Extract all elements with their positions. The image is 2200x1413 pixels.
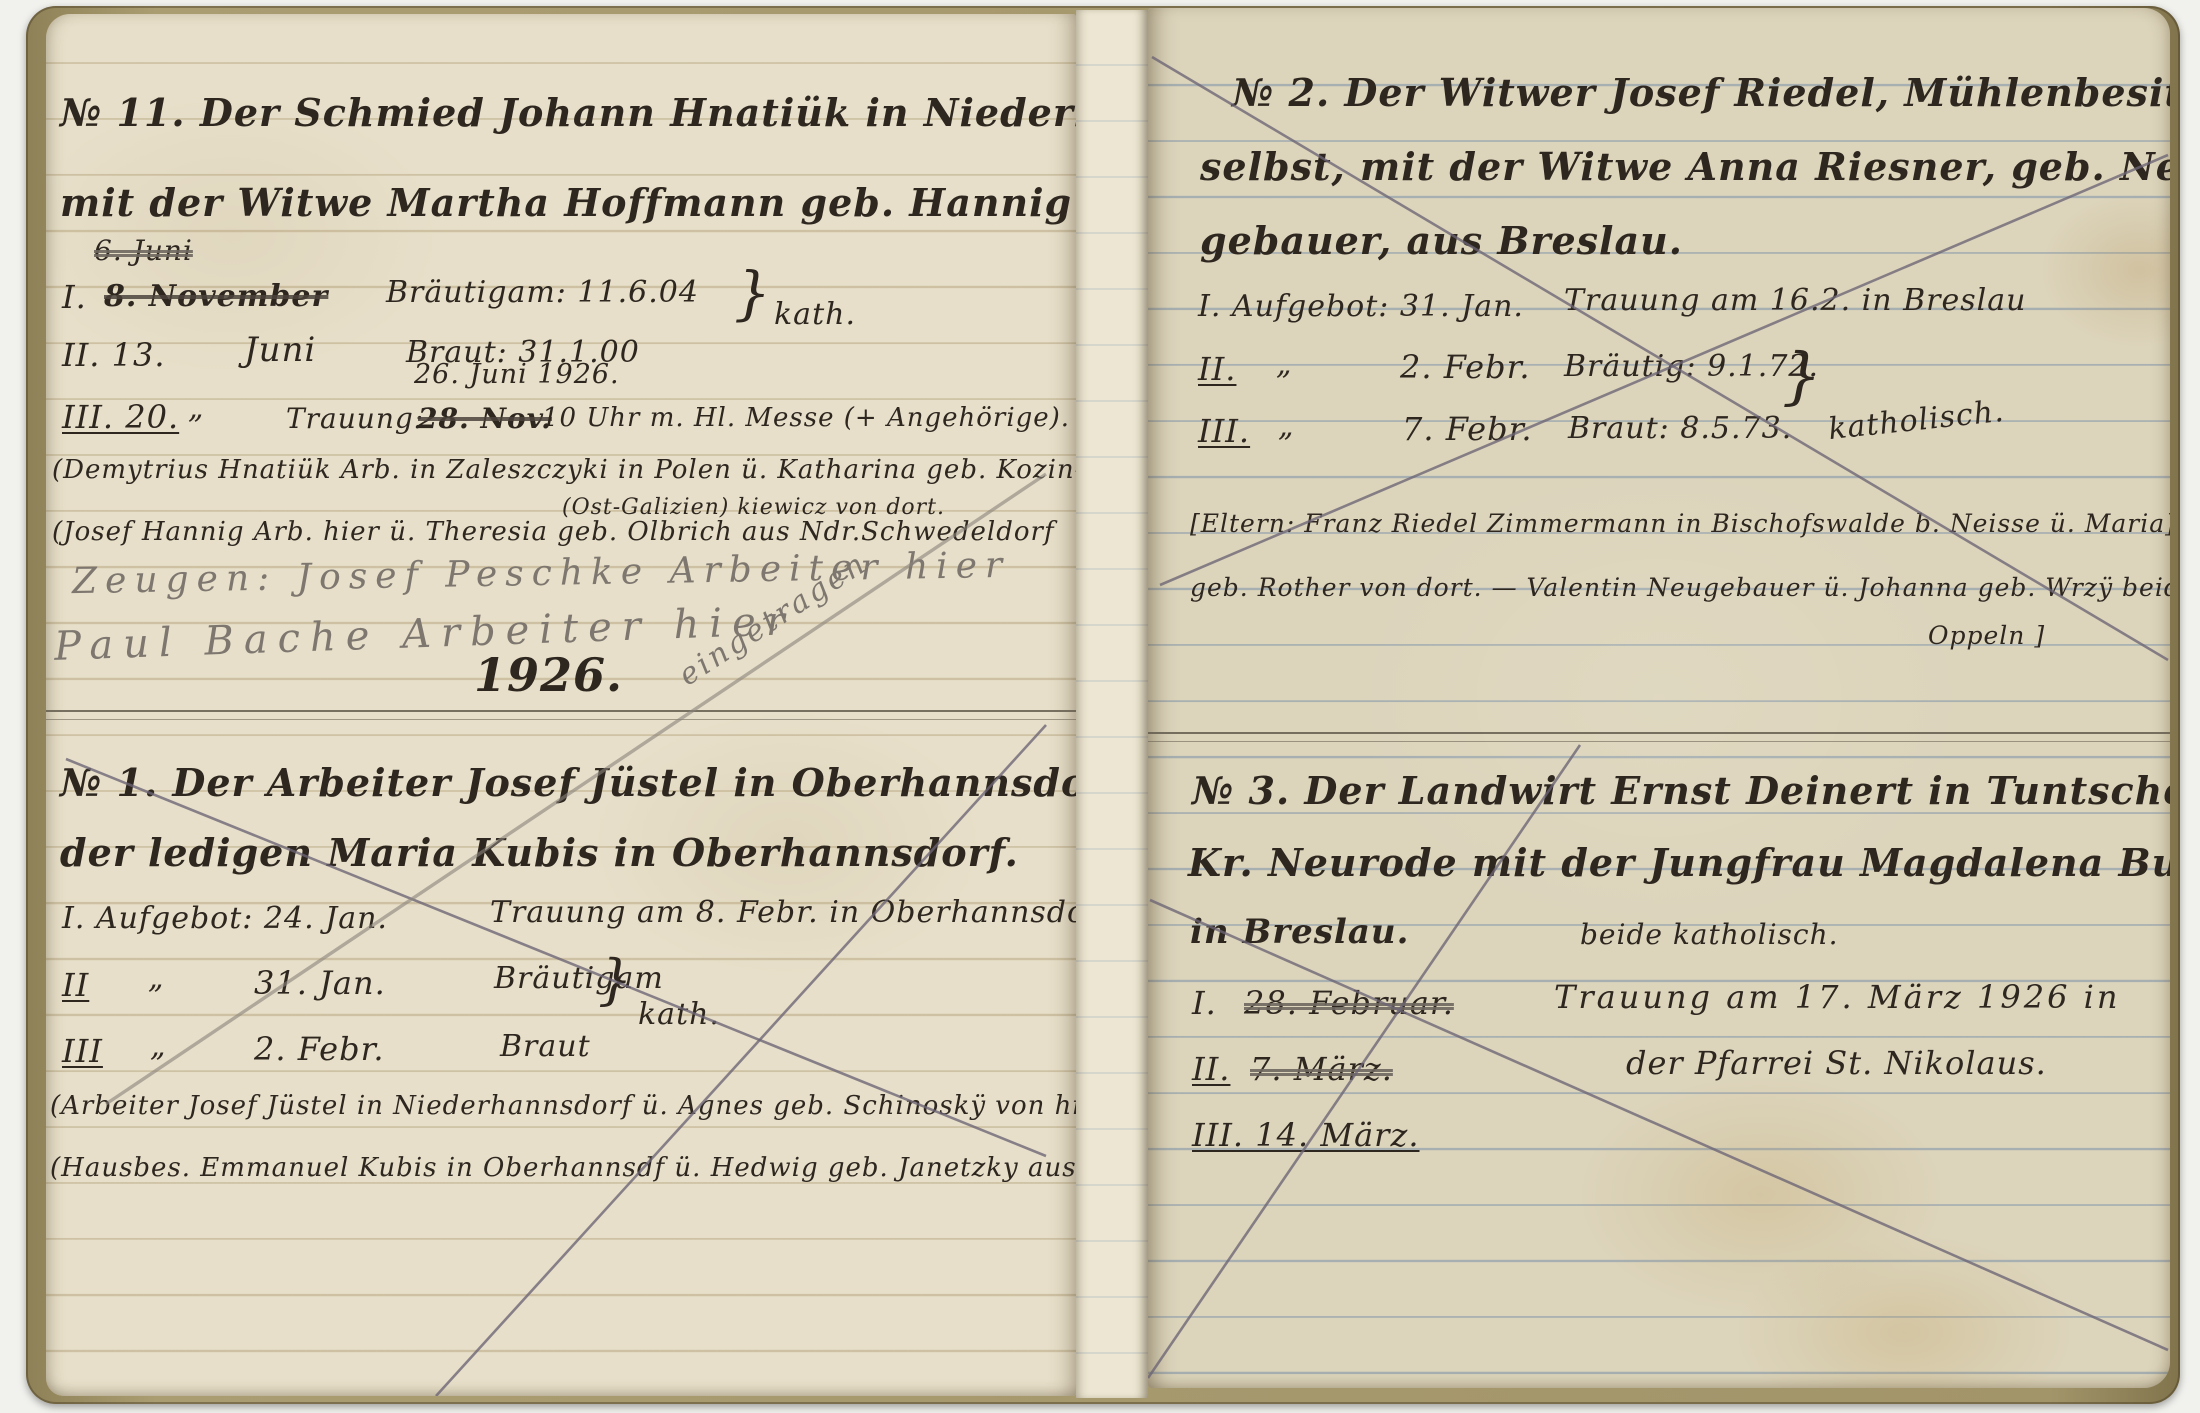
entry3-row1-right: Trauung am 17. März 1926 in	[1554, 980, 2120, 1015]
entry1-row2-numeral: II	[62, 968, 89, 1003]
entry11-groom-parents: (Demytrius Hnatiük Arb. in Zaleszczyki i…	[52, 456, 1076, 485]
entry11-line2: mit der Witwe Martha Hoffmann geb. Hanni…	[60, 182, 1076, 224]
entry3-line2: Kr. Neurode mit der Jungfrau Magdalena B…	[1188, 842, 2170, 884]
entry2-line1: № 2. Der Witwer Josef Riedel, Mühlenbesi…	[1232, 72, 2170, 114]
entry1-bride-parents: (Hausbes. Emmanuel Kubis in Oberhannsdf …	[50, 1154, 1076, 1183]
entry2-line2: selbst, mit der Witwe Anna Riesner, geb.…	[1200, 146, 2170, 188]
entry1-brace: }	[598, 950, 633, 1009]
left-section-divider	[46, 710, 1076, 720]
entry1-row2-date: 31. Jan.	[254, 966, 386, 1001]
cancellation-cross-right	[1148, 8, 2170, 1388]
right-page: № 2. Der Witwer Josef Riedel, Mühlenbesi…	[1148, 8, 2170, 1388]
year-heading: 1926.	[474, 650, 623, 701]
entry2-line3: gebauer, aus Breslau.	[1200, 220, 1683, 262]
entry2-parents-line2: geb. Rother von dort. — Valentin Neugeba…	[1190, 574, 2170, 602]
entry3-row3: III. 14. März.	[1192, 1118, 1420, 1153]
entry11-row2-numeral: II. 13.	[62, 338, 166, 373]
entry1-row2-groom-label: Bräutigam	[494, 962, 664, 995]
entry2-row2-ditto: „	[1276, 348, 1293, 381]
entry1-religion-note: kath.	[638, 998, 720, 1031]
entry3-row2-right: der Pfarrei St. Nikolaus.	[1626, 1046, 2047, 1081]
entry2-parents-line1: [Eltern: Franz Riedel Zimmermann in Bisc…	[1190, 510, 2170, 538]
entry1-row1-left: I. Aufgebot: 24. Jan.	[62, 902, 388, 935]
entry11-brace: }	[734, 262, 772, 326]
entry2-row3-numeral: III.	[1198, 414, 1250, 449]
entry2-brace: }	[1782, 342, 1822, 410]
entry2-row1-right: Trauung am 16.2. in Breslau	[1564, 284, 2026, 317]
entry1-row3-numeral: III	[62, 1034, 103, 1069]
entry1-row1-right: Trauung am 8. Febr. in Oberhannsdo	[490, 896, 1076, 929]
entry3-row2-struck-date: 7. März.	[1250, 1052, 1393, 1087]
entry3-row1-struck-date: 28. Februar.	[1244, 986, 1454, 1021]
entry11-row1-groom-birthdate: Bräutigam: 11.6.04	[386, 276, 699, 309]
entry11-correction-date: 6. Juni	[94, 236, 193, 267]
entry1-row3-ditto: „	[150, 1030, 167, 1063]
entry1-row3-date: 2. Febr.	[254, 1032, 385, 1067]
entry11-insertion-date: 26. Juni 1926.	[414, 360, 620, 390]
entry1-row3-bride-label: Braut	[500, 1030, 591, 1063]
entry3-religion-note: beide katholisch.	[1580, 920, 1839, 951]
entry1-row2-ditto: „	[148, 962, 165, 995]
right-section-divider	[1148, 732, 2170, 742]
left-page: № 11. Der Schmied Johann Hnatiük in Nied…	[46, 14, 1076, 1396]
entry1-line2: der ledigen Maria Kubis in Oberhannsdorf…	[60, 832, 1019, 874]
entry2-row2-numeral: II.	[1198, 352, 1236, 387]
entry2-religion-note: katholisch.	[1827, 395, 2006, 446]
entry2-row1-left: I. Aufgebot: 31. Jan.	[1198, 290, 1524, 323]
entry3-line1: № 3. Der Landwirt Ernst Deinert in Tunts…	[1192, 770, 2170, 812]
entry11-row3-numeral: III. 20.	[62, 400, 179, 435]
entry11-row3-label: Trauung:	[286, 404, 424, 435]
entry11-row2-date: Juni	[244, 332, 316, 369]
entry1-groom-parents: (Arbeiter Josef Jüstel in Niederhannsdor…	[50, 1092, 1076, 1121]
entry11-religion-note: kath.	[774, 298, 856, 331]
entry1-line1: № 1. Der Arbeiter Josef Jüstel in Oberha…	[60, 762, 1076, 804]
entry11-row3-ditto: „	[188, 392, 205, 425]
entry11-row3-details: 10 Uhr m. Hl. Messe (+ Angehörige).	[542, 404, 1070, 433]
entry2-row3-bride-birthdate: Braut: 8.5.73.	[1568, 412, 1792, 445]
entry2-row3-date: 7. Febr.	[1402, 412, 1533, 447]
entry11-row1-numeral: I.	[62, 280, 87, 315]
entry3-row1-numeral: I.	[1192, 986, 1217, 1021]
entry2-row2-groom-birthdate: Bräutig: 9.1.72.	[1564, 350, 1819, 383]
entry2-parents-line3: Oppeln ]	[1928, 622, 2045, 650]
entry3-line3: in Breslau.	[1190, 914, 1409, 951]
entry11-bride-parents: (Josef Hannig Arb. hier ü. Theresia geb.…	[52, 518, 1055, 547]
entry2-row3-ditto: „	[1278, 410, 1295, 443]
entry11-row3-struck-date: 28. Nov.	[418, 404, 552, 435]
entry2-row2-date: 2. Febr.	[1400, 350, 1531, 385]
entry11-row1-struck-date: 8. November	[104, 280, 328, 313]
torn-page-stub	[1076, 10, 1148, 1398]
entry11-line1: № 11. Der Schmied Johann Hnatiük in Nied…	[60, 92, 1076, 134]
marriage-register-scan: № 11. Der Schmied Johann Hnatiük in Nied…	[0, 0, 2200, 1413]
entry3-row2-numeral: II.	[1192, 1052, 1230, 1087]
